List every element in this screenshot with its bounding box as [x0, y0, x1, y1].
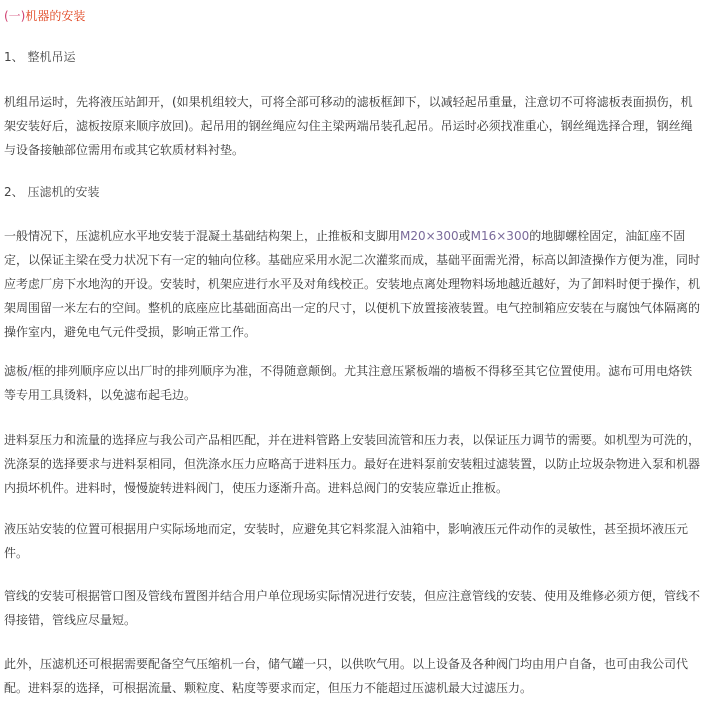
- installation-text-mid: 或: [459, 229, 471, 243]
- bolt-spec-m20: M20×300: [400, 229, 459, 243]
- paragraph-hydraulic-station: 液压站安装的位置可根据用户实际场地而定，安装时，应避免其它料浆混入油箱中，影响液…: [4, 517, 701, 565]
- subheading-1: 1、 整机吊运: [4, 45, 701, 69]
- paragraph-lifting: 机组吊运时，先将液压站卸开，(如果机组较大，可将全部可移动的滤板框卸下，以减轻起…: [4, 90, 701, 162]
- installation-text-before: 一般情况下，压滤机应水平地安装于混凝土基础结构架上，止推板和支脚用: [4, 229, 400, 243]
- paragraph-feed-pump: 进料泵压力和流量的选择应与我公司产品相匹配，并在进料管路上安装回流管和压力表，以…: [4, 428, 701, 500]
- title-prefix: (一): [4, 9, 25, 23]
- paragraph-filter-plates: 滤板/框的排列顺序应以出厂时的排列顺序为准，不得随意颠倒。尤其注意压紧板端的墙板…: [4, 359, 701, 407]
- subheading-2: 2、 压滤机的安装: [4, 180, 701, 204]
- paragraph-pipelines: 管线的安装可根据管口图及管线布置图并结合用户单位现场实际情况进行安装，但应注意管…: [4, 584, 701, 632]
- installation-text-after: 的地脚螺栓固定，油缸座不固定，以保证主梁在受力状况下有一定的轴向位移。基础应采用…: [4, 229, 700, 339]
- bolt-spec-m16: M16×300: [471, 229, 530, 243]
- paragraph-additional-equipment: 此外，压滤机还可根据需要配备空气压缩机一台，储气罐一只，以供吹气用。以上设备及各…: [4, 652, 701, 700]
- plates-text-before: 滤板: [4, 364, 28, 378]
- section-title: (一)机器的安装: [4, 4, 701, 28]
- plates-text-after: 框的排列顺序应以出厂时的排列顺序为准，不得随意颠倒。尤其注意压紧板端的墙板不得移…: [4, 364, 692, 402]
- paragraph-installation: 一般情况下，压滤机应水平地安装于混凝土基础结构架上，止推板和支脚用M20×300…: [4, 224, 701, 344]
- title-text: 机器的安装: [25, 9, 85, 23]
